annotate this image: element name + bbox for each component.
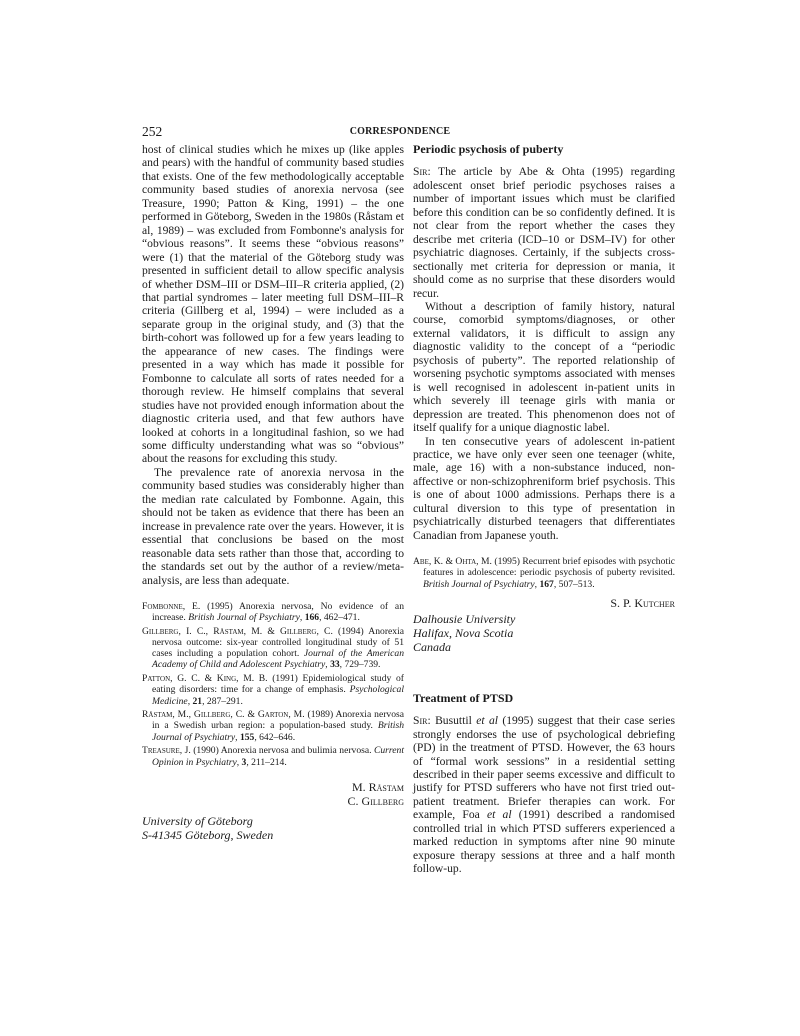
page-number: 252 bbox=[142, 124, 162, 140]
reference-item: Gillberg, I. C., Råstam, M. & Gillberg, … bbox=[142, 626, 404, 671]
author-affiliation: University of Göteborg S-41345 Göteborg,… bbox=[142, 814, 404, 842]
right-column: Periodic psychosis of puberty Sir: The a… bbox=[413, 143, 675, 876]
body-paragraph: Sir: Busuttil et al (1995) suggest that … bbox=[413, 714, 675, 875]
reference-item: Abe, K. & Ohta, M. (1995) Recurrent brie… bbox=[413, 556, 675, 590]
reference-list: Abe, K. & Ohta, M. (1995) Recurrent brie… bbox=[413, 556, 675, 590]
body-paragraph: The prevalence rate of anorexia nervosa … bbox=[142, 466, 404, 587]
section-title: Treatment of PTSD bbox=[413, 692, 675, 705]
reference-item: Patton, G. C. & King, M. B. (1991) Epide… bbox=[142, 673, 404, 707]
reference-item: Fombonne, E. (1995) Anorexia nervosa, No… bbox=[142, 601, 404, 623]
reference-list: Fombonne, E. (1995) Anorexia nervosa, No… bbox=[142, 601, 404, 768]
running-head: CORRESPONDENCE bbox=[330, 126, 470, 137]
body-paragraph: host of clinical studies which he mixes … bbox=[142, 143, 404, 466]
reference-item: Treasure, J. (1990) Anorexia nervosa and… bbox=[142, 745, 404, 767]
author-affiliation: Dalhousie University Halifax, Nova Scoti… bbox=[413, 612, 675, 654]
author-signature: M. Råstam C. Gillberg bbox=[142, 780, 404, 808]
reference-item: Råstam, M., Gillberg, C. & Garton, M. (1… bbox=[142, 709, 404, 743]
body-paragraph: In ten consecutive years of adolescent i… bbox=[413, 435, 675, 543]
left-column: host of clinical studies which he mixes … bbox=[142, 143, 404, 842]
section-spacer bbox=[413, 654, 675, 692]
body-paragraph: Sir: The article by Abe & Ohta (1995) re… bbox=[413, 165, 675, 300]
section-title: Periodic psychosis of puberty bbox=[413, 143, 675, 156]
body-paragraph: Without a description of family history,… bbox=[413, 300, 675, 435]
author-signature: S. P. Kutcher bbox=[413, 596, 675, 610]
